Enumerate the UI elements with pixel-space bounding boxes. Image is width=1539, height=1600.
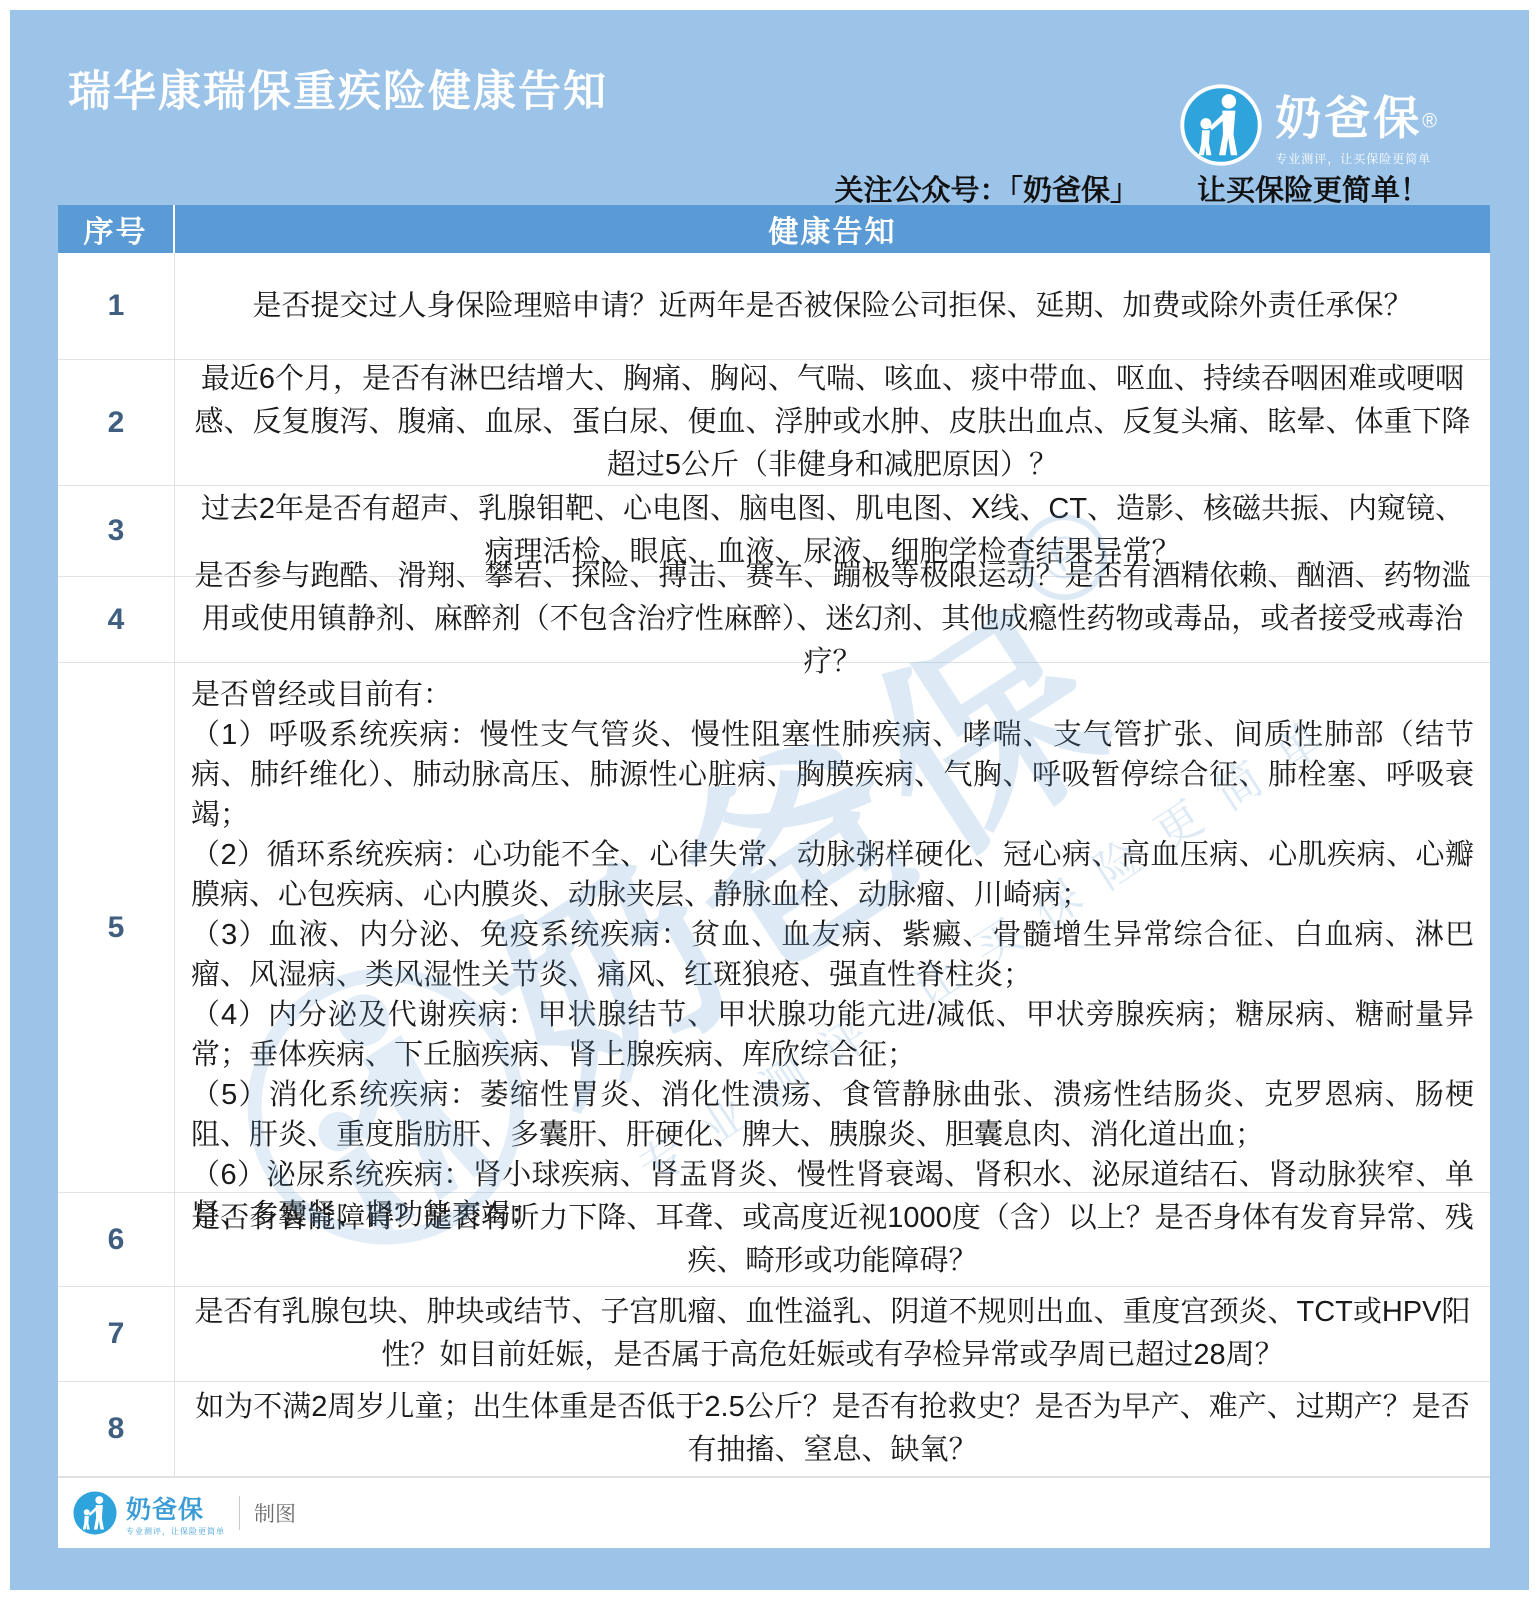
row-text-paragraphs: 是否曾经或目前有： （1）呼吸系统疾病：慢性支气管炎、慢性阻塞性肺疾病、哮喘、支…	[191, 675, 1474, 1235]
subtitle-left: 关注公众号：「奶爸保」	[834, 175, 1139, 207]
footer-label: 制图	[254, 1498, 296, 1528]
table-row: 5 是否曾经或目前有： （1）呼吸系统疾病：慢性支气管炎、慢性阻塞性肺疾病、哮喘…	[58, 663, 1490, 1193]
footer-logo-icon	[72, 1490, 118, 1536]
row-text: 是否有智能障碍？是否有听力下降、耳聋、或高度近视1000度（含）以上？是否身体有…	[191, 1197, 1474, 1283]
row-text: 是否提交过人身保险理赔申请？近两年是否被保险公司拒保、延期、加费或除外责任承保？	[191, 285, 1474, 328]
row-number: 6	[58, 1193, 175, 1286]
row-paragraph: （1）呼吸系统疾病：慢性支气管炎、慢性阻塞性肺疾病、哮喘、支气管扩张、间质性肺部…	[191, 715, 1474, 835]
page: 瑞华康瑞保重疾险健康告知 奶爸保® 专业测评，让买保险更简单 关注公众号：「奶爸…	[0, 0, 1539, 1600]
row-number: 7	[58, 1287, 175, 1381]
row-number: 2	[58, 360, 175, 485]
footer-divider	[239, 1496, 240, 1530]
row-number: 1	[58, 253, 175, 359]
row-text: 如为不满2周岁儿童；出生体重是否低于2.5公斤？是否有抢救史？是否为早产、难产、…	[191, 1386, 1474, 1472]
table-header-row: 序号 健康告知	[58, 205, 1490, 253]
row-paragraph: （5）消化系统疾病：萎缩性胃炎、消化性溃疡、食管静脉曲张、溃疡性结肠炎、克罗恩病…	[191, 1075, 1474, 1155]
row-text: 是否有乳腺包块、肿块或结节、子宫肌瘤、血性溢乳、阴道不规则出血、重度宫颈炎、TC…	[191, 1291, 1474, 1377]
table-row: 1 是否提交过人身保险理赔申请？近两年是否被保险公司拒保、延期、加费或除外责任承…	[58, 253, 1490, 360]
table-row: 4 是否参与跑酷、滑翔、攀岩、探险、搏击、赛车、蹦极等极限运动？是否有酒精依赖、…	[58, 577, 1490, 663]
registered-mark: ®	[1422, 111, 1437, 133]
row-number: 4	[58, 577, 175, 662]
footer-brand-tagline: 专业测评，让保险更简单	[126, 1526, 225, 1537]
brand-name: 奶爸保	[1275, 92, 1422, 144]
page-title: 瑞华康瑞保重疾险健康告知	[68, 58, 608, 119]
content-card: 奶爸保 ® 专业测评 让买保险更简单 序号 健康告知 1 是否提交过人身保险理赔…	[58, 205, 1490, 1548]
row-paragraph: 是否曾经或目前有：	[191, 675, 1474, 715]
blue-panel: 瑞华康瑞保重疾险健康告知 奶爸保® 专业测评，让买保险更简单 关注公众号：「奶爸…	[10, 10, 1529, 1590]
table-row: 2 最近6个月，是否有淋巴结增大、胸痛、胸闷、气喘、咳血、痰中带血、呕血、持续吞…	[58, 360, 1490, 486]
header-no: 序号	[58, 205, 175, 253]
footer-brand-name: 奶爸保	[126, 1490, 225, 1526]
header-notice: 健康告知	[175, 205, 1490, 253]
table-row: 6 是否有智能障碍？是否有听力下降、耳聋、或高度近视1000度（含）以上？是否身…	[58, 1193, 1490, 1287]
footer-brand-group: 奶爸保 专业测评，让保险更简单	[126, 1490, 225, 1537]
follow-subtitle: 关注公众号：「奶爸保」让买保险更简单！	[834, 168, 1429, 209]
brand-logo: 奶爸保® 专业测评，让买保险更简单	[1179, 82, 1437, 167]
row-paragraph: （4）内分泌及代谢疾病：甲状腺结节、甲状腺功能亢进/减低、甲状旁腺疾病；糖尿病、…	[191, 995, 1474, 1075]
subtitle-right: 让买保险更简单！	[1197, 175, 1429, 207]
row-number: 5	[58, 663, 175, 1192]
row-paragraph: （3）血液、内分泌、免疫系统疾病：贫血、血友病、紫癜、骨髓增生异常综合征、白血病…	[191, 915, 1474, 995]
row-number: 3	[58, 486, 175, 576]
footer: 奶爸保 专业测评，让保险更简单 制图	[58, 1477, 1490, 1548]
table-row: 8 如为不满2周岁儿童；出生体重是否低于2.5公斤？是否有抢救史？是否为早产、难…	[58, 1382, 1490, 1477]
row-text: 最近6个月，是否有淋巴结增大、胸痛、胸闷、气喘、咳血、痰中带血、呕血、持续吞咽困…	[191, 358, 1474, 487]
parent-child-logo-icon	[1179, 83, 1263, 167]
row-number: 8	[58, 1382, 175, 1476]
table-row: 7 是否有乳腺包块、肿块或结节、子宫肌瘤、血性溢乳、阴道不规则出血、重度宫颈炎、…	[58, 1287, 1490, 1382]
brand-tagline: 专业测评，让买保险更简单	[1275, 150, 1437, 167]
brand-text-group: 奶爸保® 专业测评，让买保险更简单	[1275, 82, 1437, 167]
health-notice-table: 序号 健康告知 1 是否提交过人身保险理赔申请？近两年是否被保险公司拒保、延期、…	[58, 205, 1490, 1477]
row-paragraph: （2）循环系统疾病：心功能不全、心律失常、动脉粥样硬化、冠心病、高血压病、心肌疾…	[191, 835, 1474, 915]
